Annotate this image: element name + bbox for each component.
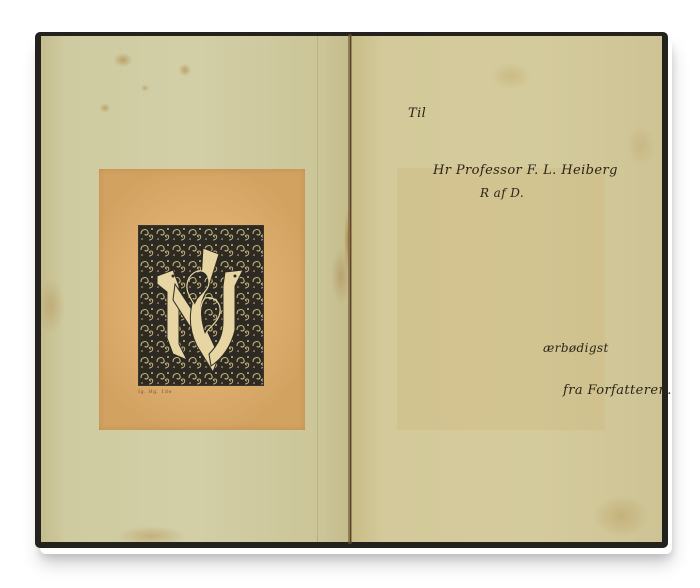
inscription-line-3: R af D. (480, 186, 524, 200)
inscription-line-5: fra Forfatteren. (563, 383, 672, 398)
inscription-line-4: ærbødigst (543, 341, 609, 355)
gutter-stain (343, 200, 353, 280)
page-fold-line (317, 36, 318, 542)
book-gutter (348, 34, 352, 544)
monogram-engraving (138, 225, 264, 386)
engraver-mark: Ig. Hg. 1de (138, 389, 172, 395)
inscription-line-2: Hr Professor F. L. Heiberg (433, 163, 618, 178)
monogram-nv-icon (139, 226, 263, 385)
inscription-line-1: Til (408, 106, 426, 121)
